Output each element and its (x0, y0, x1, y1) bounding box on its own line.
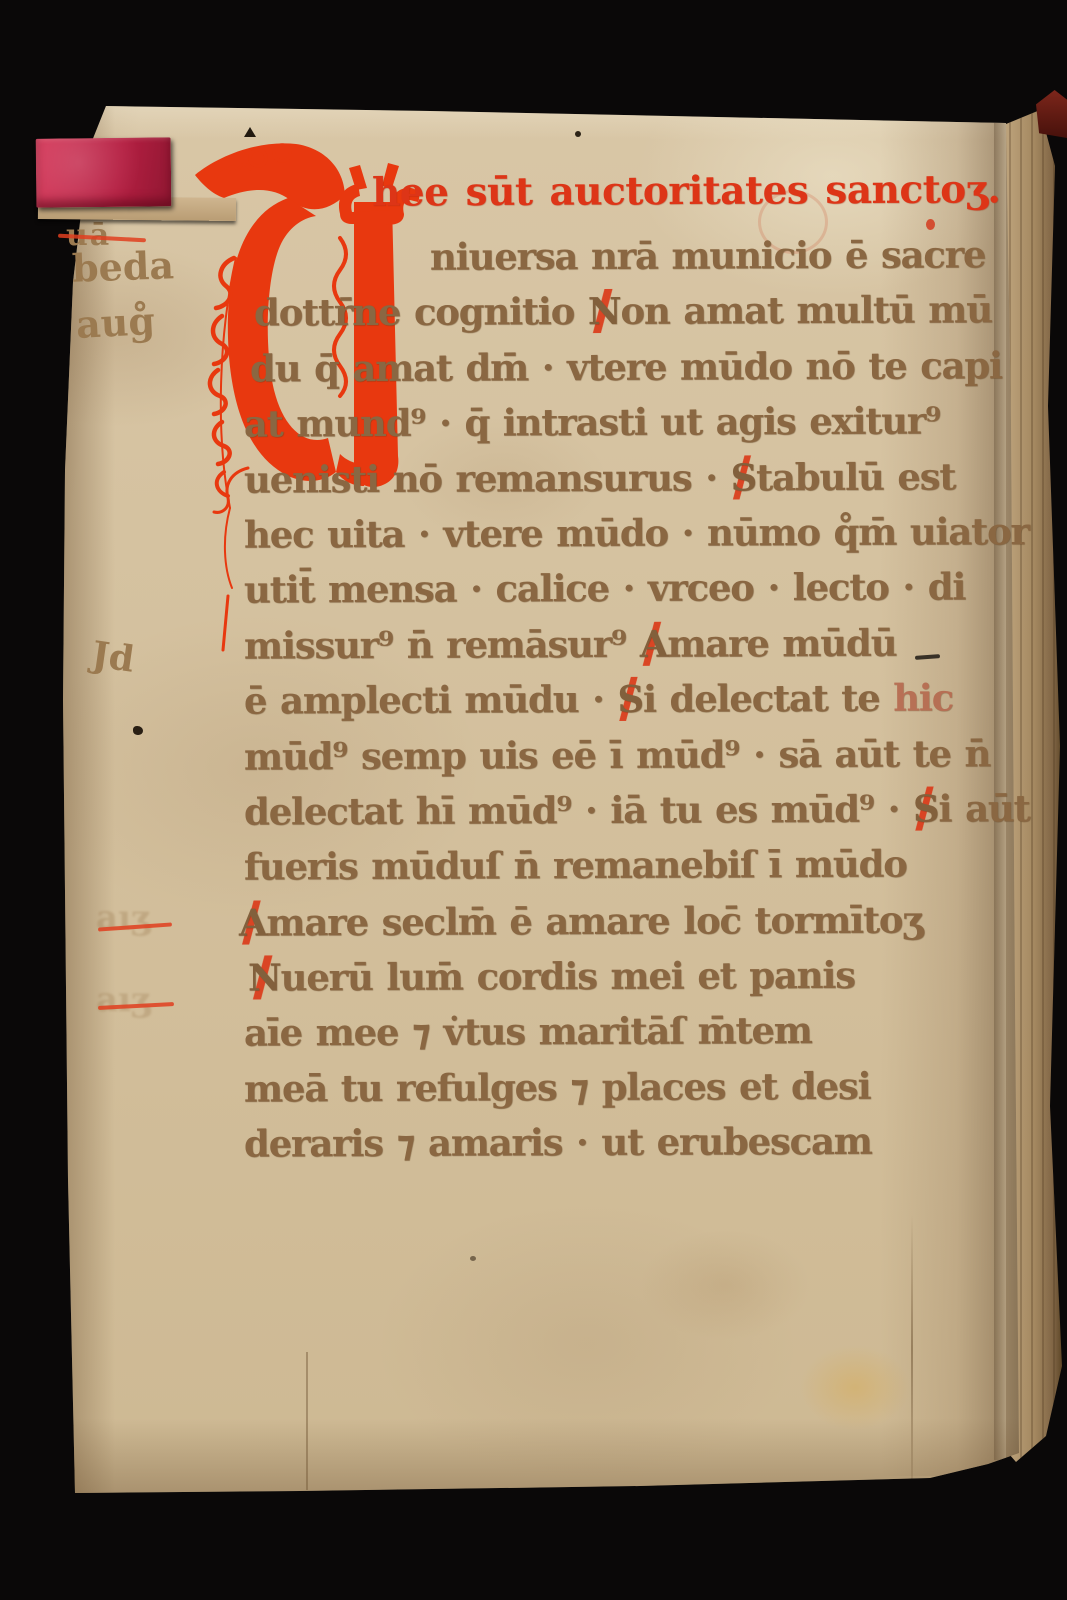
wormhole (244, 127, 256, 137)
red-speck (926, 219, 935, 230)
text-line: deraris ⁊ amaris · ut erubescam (244, 1119, 964, 1178)
yellow-stain (800, 1345, 910, 1430)
rubricated-initial: A (640, 621, 668, 665)
text-line: utit̄ mensa · calice · vrceo · lecto · d… (244, 565, 964, 624)
text-line: delectat hī mūd⁹ · iā tu es mūd⁹ · Si aū… (244, 786, 964, 845)
rubricated-initial: S (617, 677, 643, 721)
margin-note-faded: aıʒ (96, 898, 150, 938)
crease-line (306, 1352, 308, 1490)
dark-speck (470, 1256, 476, 1261)
margin-note-faded: aıʒ (96, 980, 150, 1020)
text-line: aīe mee ⁊ v̇tus maritāſ m̄tem (244, 1008, 964, 1067)
text-line: at mund⁹ · q̄ intrasti ut agis exitur⁹ (244, 399, 964, 458)
rubricated-initial: A (239, 900, 267, 944)
rubric-heading: hee sūt auctoritates sanctoʒ. (372, 166, 1001, 215)
text-line: mūd⁹ semp uis eē ī mūd⁹ · sā aūt te n̄ (244, 731, 964, 790)
text-segment: utit̄ mensa · calice · vrceo · lecto · d… (244, 565, 965, 612)
text-line: niuersa nrā municio ē sacre (244, 232, 964, 291)
text-segment: i delectat te (643, 676, 893, 721)
text-block: niuersa nrā municio ē sacredottr̄ne cogn… (244, 234, 964, 1176)
ink-dot (133, 726, 143, 735)
text-segment: dottr̄ne cognitio (254, 289, 588, 334)
text-segment: uerū lum̄ cordis mei et panis (281, 953, 855, 1000)
rubricated-initial: S (913, 786, 939, 830)
text-segment: uenisti nō remansurus · (244, 455, 731, 501)
text-line: dottr̄ne cognitio Non amat multū mū (244, 288, 964, 347)
margin-note-beda: beda (71, 242, 174, 291)
rubricated-initial: N (588, 289, 621, 333)
text-line: fueris mūduſ n̄ remanebiſ ī mūdo (244, 842, 964, 901)
bookmark-tab (36, 137, 172, 207)
text-line: missur⁹ n̄ remāsur⁹ Amare mūdū (244, 620, 964, 679)
text-segment: hic (893, 676, 953, 720)
crease-line (911, 1215, 913, 1481)
text-line: meā tu refulges ⁊ places et desi (244, 1063, 964, 1122)
text-segment: aīe mee ⁊ v̇tus maritāſ m̄tem (244, 1009, 812, 1055)
text-line: Nuerū lum̄ cordis mei et panis (244, 953, 964, 1012)
manuscript-photo: hee sūt auctoritates sanctoʒ. niuersa nr… (0, 0, 1067, 1600)
text-segment: i aūt (938, 786, 1029, 830)
page-bottom-shadow (60, 1418, 1020, 1498)
text-segment: fueris mūduſ n̄ remanebiſ ī mūdo (244, 842, 907, 889)
text-segment: ē amplecti mūdu · (244, 677, 618, 723)
margin-note-aug: aug̊ (75, 298, 156, 347)
text-line: Amare seclm̄ ē amare loc̄ tormītoʒ (239, 897, 964, 956)
text-line: hec uita · vtere mūdo · nūmo q̊m̄ uiator (244, 509, 964, 568)
text-segment: mūd⁹ semp uis eē ī mūd⁹ · sā aūt te n̄ (244, 731, 990, 778)
text-segment: meā tu refulges ⁊ places et desi (244, 1064, 871, 1111)
text-segment: missur⁹ n̄ remāsur⁹ (244, 622, 640, 668)
faint-stain (640, 1230, 810, 1340)
text-segment: du q̄ amat dm̄ · vtere mūdo nō te capi (250, 343, 1002, 390)
text-segment: hec uita · vtere mūdo · nūmo q̊m̄ uiator (244, 509, 1029, 556)
text-segment: on amat multū mū (620, 288, 992, 334)
text-line: uenisti nō remansurus · Stabulū est (244, 454, 964, 513)
margin-note-jd: Jd (89, 633, 137, 680)
text-segment: delectat hī mūd⁹ · iā tu es mūd⁹ · (244, 787, 913, 834)
text-segment: tabulū est (756, 454, 955, 499)
text-segment: at mund⁹ · q̄ intrasti ut agis exitur⁹ (244, 399, 940, 446)
dark-speck (575, 131, 581, 137)
text-segment: niuersa nrā municio ē sacre (430, 232, 986, 278)
text-line: ē amplecti mūdu · Si delectat te hic (244, 676, 964, 735)
text-segment: mare mūdū (667, 620, 896, 665)
text-segment: deraris ⁊ amaris · ut erubescam (244, 1119, 872, 1166)
text-segment: mare seclm̄ ē amare loc̄ tormītoʒ (266, 897, 922, 944)
text-line: du q̄ amat dm̄ · vtere mūdo nō te capi (244, 343, 964, 402)
page-top-highlight (90, 106, 1010, 140)
binding-cover-sliver (1036, 90, 1067, 138)
rubricated-initial: N (248, 955, 281, 999)
rubricated-initial: S (730, 455, 756, 499)
